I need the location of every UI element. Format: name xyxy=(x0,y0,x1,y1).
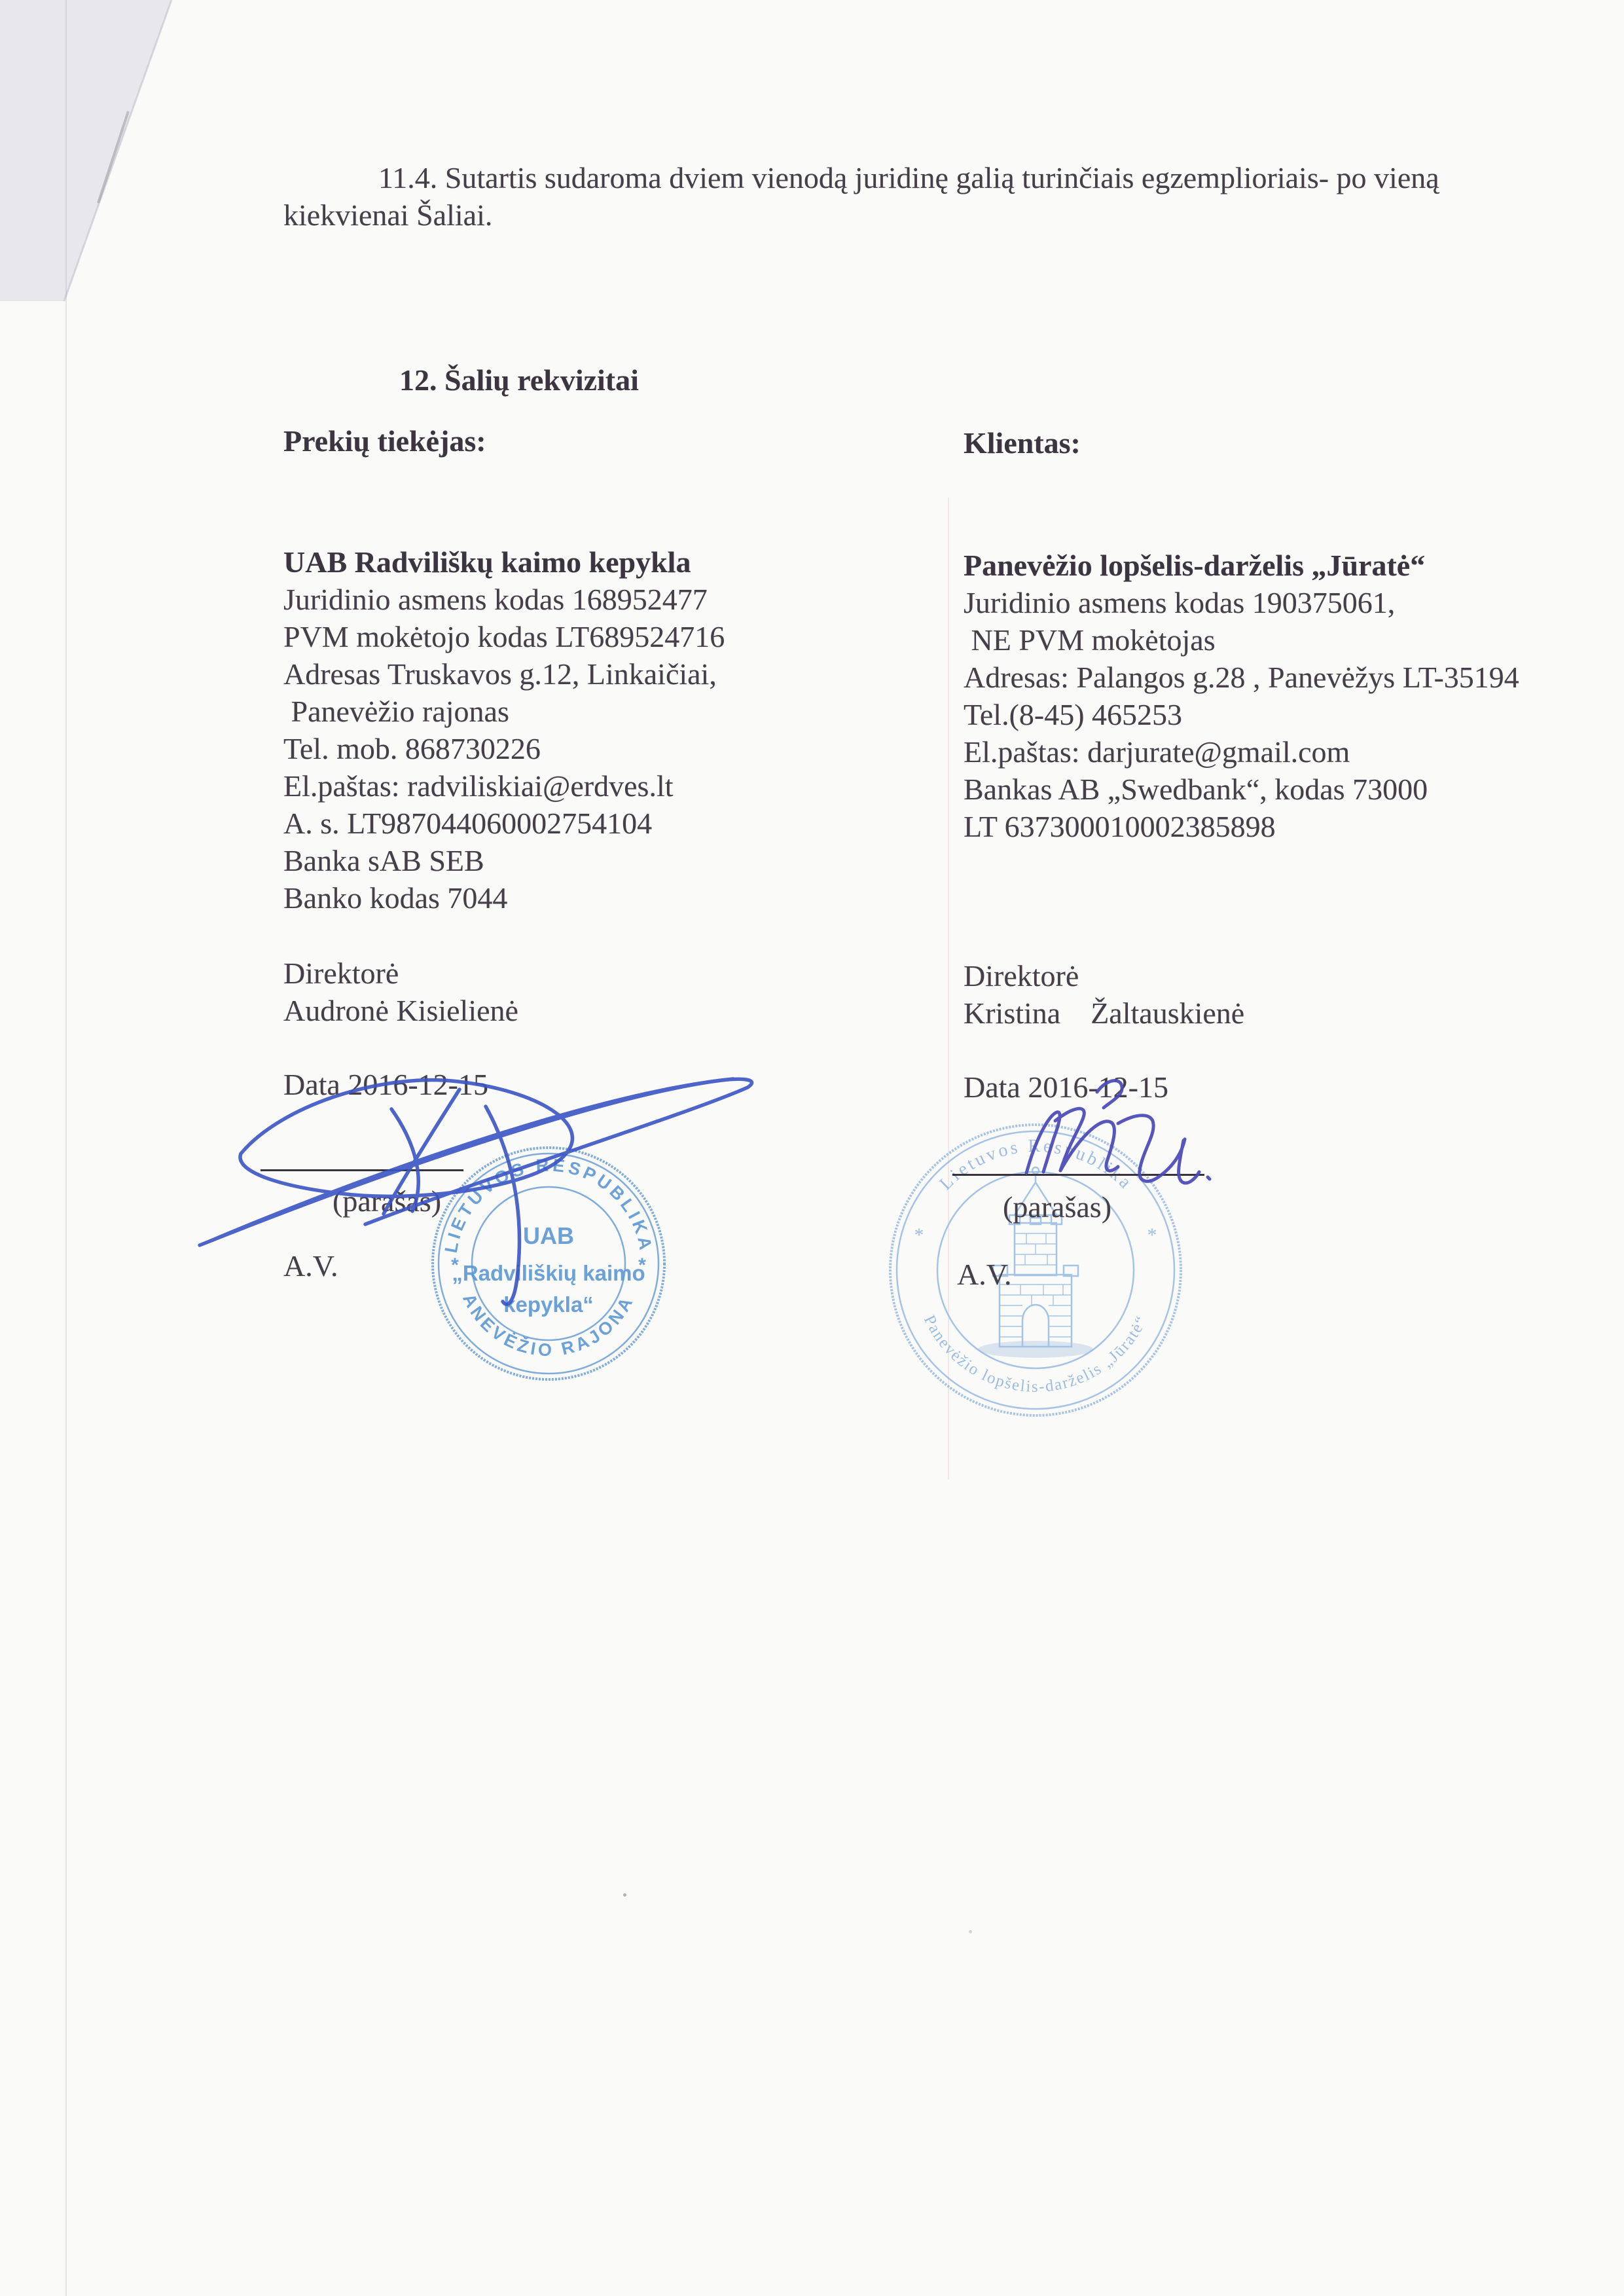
supplier-stamp-center-line1: UAB xyxy=(523,1222,574,1249)
supplier-detail-line: Panevėžio rajonas xyxy=(283,693,945,730)
client-date: Data 2016-12-15 xyxy=(964,1068,1168,1106)
client-director-title: Direktorė xyxy=(964,957,1079,994)
client-details: Panevėžio lopšelis-darželis „Jūratė“ Jur… xyxy=(964,547,1605,845)
client-detail-line: El.paštas: darjurate@gmail.com xyxy=(964,733,1605,771)
client-stamp-star-right: * xyxy=(1147,1224,1157,1246)
supplier-signature-line xyxy=(261,1169,463,1171)
client-detail-line: NE PVM mokėtojas xyxy=(964,621,1605,659)
supplier-stamp-center-line3: kepykla“ xyxy=(503,1292,594,1317)
supplier-detail-line: Banka sAB SEB xyxy=(283,842,945,879)
supplier-director-name: Audronė Kisielienė xyxy=(283,992,518,1029)
client-header: Klientas: xyxy=(964,424,1081,462)
supplier-details: UAB Radviliškų kaimo kepykla Juridinio a… xyxy=(283,543,945,917)
clause-11-4-line1: 11.4. Sutartis sudaroma dviem vienodą ju… xyxy=(378,159,1439,196)
client-stamp-star-left: * xyxy=(914,1224,924,1246)
supplier-detail-line: El.paštas: radviliskiai@erdves.lt xyxy=(283,767,945,805)
client-round-stamp: Lietuvos Respublika Panevėžio lopšelis-d… xyxy=(886,1121,1185,1419)
supplier-date: Data 2016-12-15 xyxy=(283,1066,488,1103)
supplier-stamp-center-line2: „Radviliškių kaimo xyxy=(452,1261,645,1285)
client-signature-line xyxy=(952,1174,1204,1176)
client-detail-line: LT 637300010002385898 xyxy=(964,808,1605,845)
supplier-round-stamp: LIETUVOS RESPUBLIKA PANEVĖŽIO RAJONAS * … xyxy=(424,1139,673,1388)
scan-speck xyxy=(969,1930,972,1933)
client-detail-line: Adresas: Palangos g.28 , Panevėžys LT-35… xyxy=(964,659,1605,696)
supplier-detail-line: Adresas Truskavos g.12, Linkaičiai, xyxy=(283,655,945,693)
client-signature-caption: (parašas) xyxy=(1003,1188,1111,1226)
supplier-detail-line: Banko kodas 7044 xyxy=(283,879,945,917)
supplier-detail-line: Juridinio asmens kodas 168952477 xyxy=(283,581,945,618)
client-director-name: Kristina Žaltauskienė xyxy=(964,994,1244,1032)
scanned-contract-page: 11.4. Sutartis sudaroma dviem vienodą ju… xyxy=(0,0,1624,2296)
client-detail-line: Tel.(8-45) 465253 xyxy=(964,696,1605,733)
supplier-detail-line: PVM mokėtojo kodas LT689524716 xyxy=(283,618,945,655)
handwritten-signatures xyxy=(0,0,1624,2296)
client-detail-line: Juridinio asmens kodas 190375061, xyxy=(964,584,1605,621)
section-heading: 12. Šalių rekvizitai xyxy=(399,361,639,399)
client-detail-line: Bankas AB „Swedbank“, kodas 73000 xyxy=(964,771,1605,808)
supplier-director-title: Direktorė xyxy=(283,955,399,992)
scan-speck xyxy=(623,1893,626,1897)
page-crease-left xyxy=(65,0,67,2296)
supplier-header: Prekių tiekėjas: xyxy=(283,422,486,460)
supplier-name: UAB Radviliškų kaimo kepykla xyxy=(283,543,945,581)
supplier-seal-note: A.V. xyxy=(283,1247,338,1285)
client-name: Panevėžio lopšelis-darželis „Jūratė“ xyxy=(964,547,1605,584)
scan-corner-artifact xyxy=(0,0,196,314)
supplier-detail-line: Tel. mob. 868730226 xyxy=(283,730,945,767)
supplier-detail-line: A. s. LT987044060002754104 xyxy=(283,805,945,842)
client-seal-note: A.V. xyxy=(957,1256,1012,1293)
supplier-signature-caption: (parašas) xyxy=(333,1182,441,1220)
clause-11-4-line2: kiekvienai Šaliai. xyxy=(283,196,492,234)
